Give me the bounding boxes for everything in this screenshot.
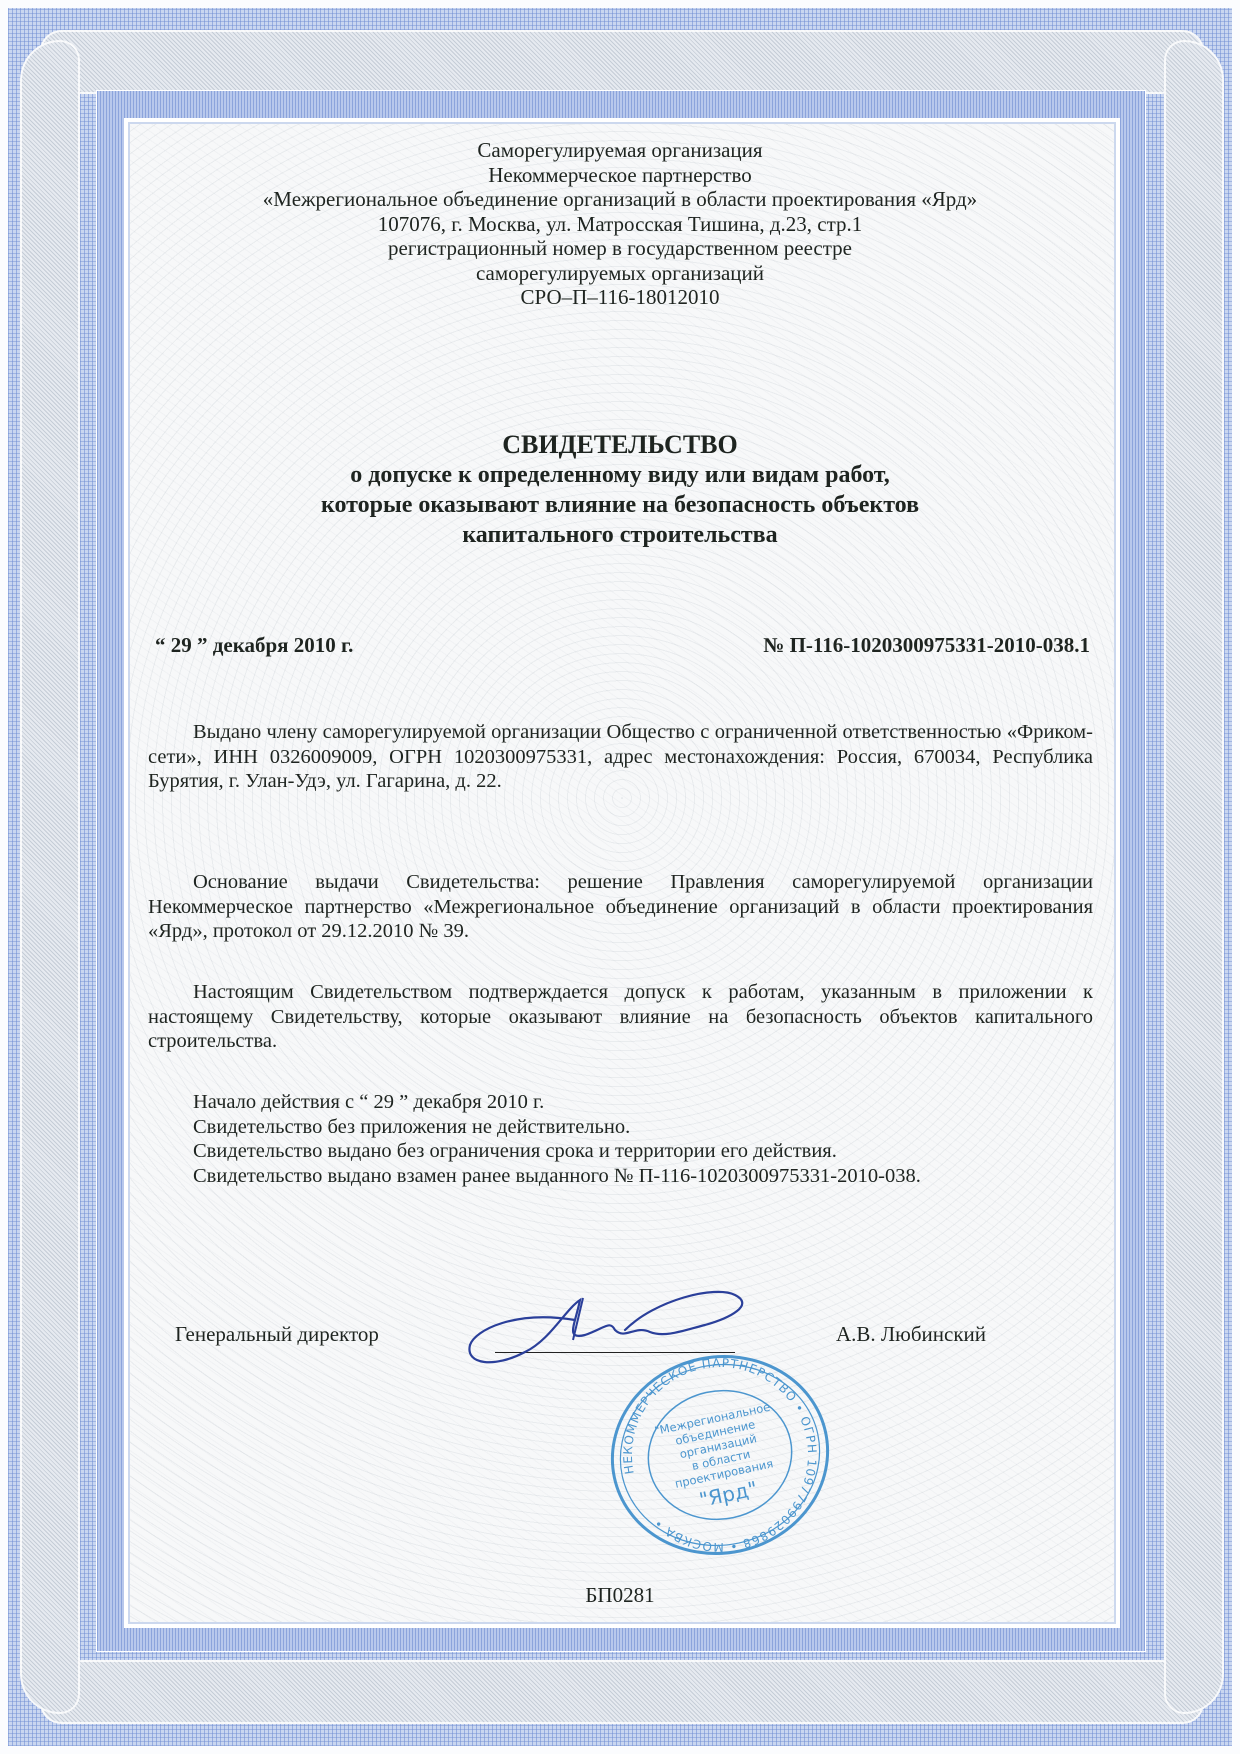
term-line: Свидетельство без приложения не действит… (193, 1115, 921, 1140)
issuer-header: Саморегулируемая организация Некоммерчес… (128, 138, 1112, 310)
terms-block: Начало действия с “ 29 ” декабря 2010 г.… (193, 1090, 921, 1188)
certificate-number: № П-116-1020300975331-2010-038.1 (763, 633, 1090, 658)
term-line: Свидетельство выдано без ограничения сро… (193, 1139, 921, 1164)
issue-date: “ 29 ” декабря 2010 г. (155, 633, 353, 658)
header-line: Саморегулируемая организация (128, 138, 1112, 163)
title-main: СВИДЕТЕЛЬСТВО (128, 430, 1112, 460)
paragraph-basis: Основание выдачи Свидетельства: решение … (148, 870, 1093, 944)
title-subtitle-line: которые оказывают влияние на безопасност… (128, 490, 1112, 520)
border-wave-bottom (40, 1660, 1204, 1724)
header-line: СРО–П–116-18012010 (128, 285, 1112, 310)
organization-seal-icon: НЕКОММЕРЧЕСКОЕ ПАРТНЕРСТВО • ОГРН 109779… (600, 1350, 840, 1560)
header-line: «Межрегиональное объединение организаций… (128, 187, 1112, 212)
title-subtitle-line: о допуске к определенному виду или видам… (128, 460, 1112, 490)
header-line: саморегулируемых организаций (128, 261, 1112, 286)
border-wave-right (1164, 40, 1224, 1714)
header-line: регистрационный номер в государственном … (128, 236, 1112, 261)
header-line: 107076, г. Москва, ул. Матросская Тишина… (128, 212, 1112, 237)
paragraph-issued-to: Выдано члену саморегулируемой организаци… (148, 720, 1093, 794)
form-serial-number: БП0281 (128, 1583, 1112, 1608)
title-subtitle-line: капитального строительства (128, 520, 1112, 550)
paragraph-confirmation: Настоящим Свидетельством подтверждается … (148, 980, 1093, 1054)
border-wave-top (40, 30, 1204, 94)
certificate-title: СВИДЕТЕЛЬСТВО о допуске к определенному … (128, 430, 1112, 550)
border-wave-left (20, 40, 80, 1714)
header-line: Некоммерческое партнерство (128, 163, 1112, 188)
signatory-position: Генеральный директор (175, 1322, 379, 1347)
signatory-name: А.В. Любинский (836, 1322, 986, 1347)
term-line: Свидетельство выдано взамен ранее выданн… (193, 1164, 921, 1189)
term-line: Начало действия с “ 29 ” декабря 2010 г. (193, 1090, 921, 1115)
